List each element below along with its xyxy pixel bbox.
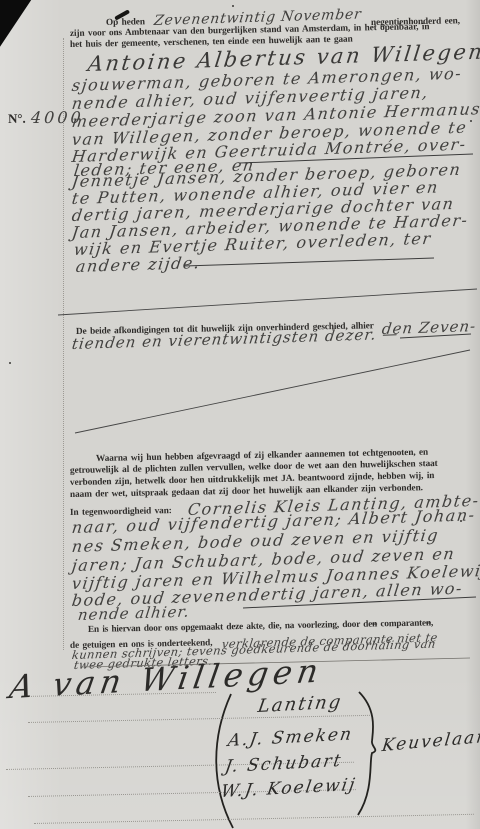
fill-rule-after-nende-alhier (243, 597, 476, 608)
dash-after-dezer (400, 334, 471, 338)
cancellation-stroke-lower (75, 350, 470, 433)
scanned-marriage-record: { "page": { "background": "#d5d4d0", "pr… (0, 0, 480, 829)
cancellation-stroke-upper (58, 289, 477, 315)
ink-lines-overlay (0, 0, 480, 829)
fill-rule-after-ter-eene (240, 154, 473, 163)
fill-rule-after-andere-zijde (184, 258, 434, 266)
signature-brace-right (358, 692, 375, 815)
